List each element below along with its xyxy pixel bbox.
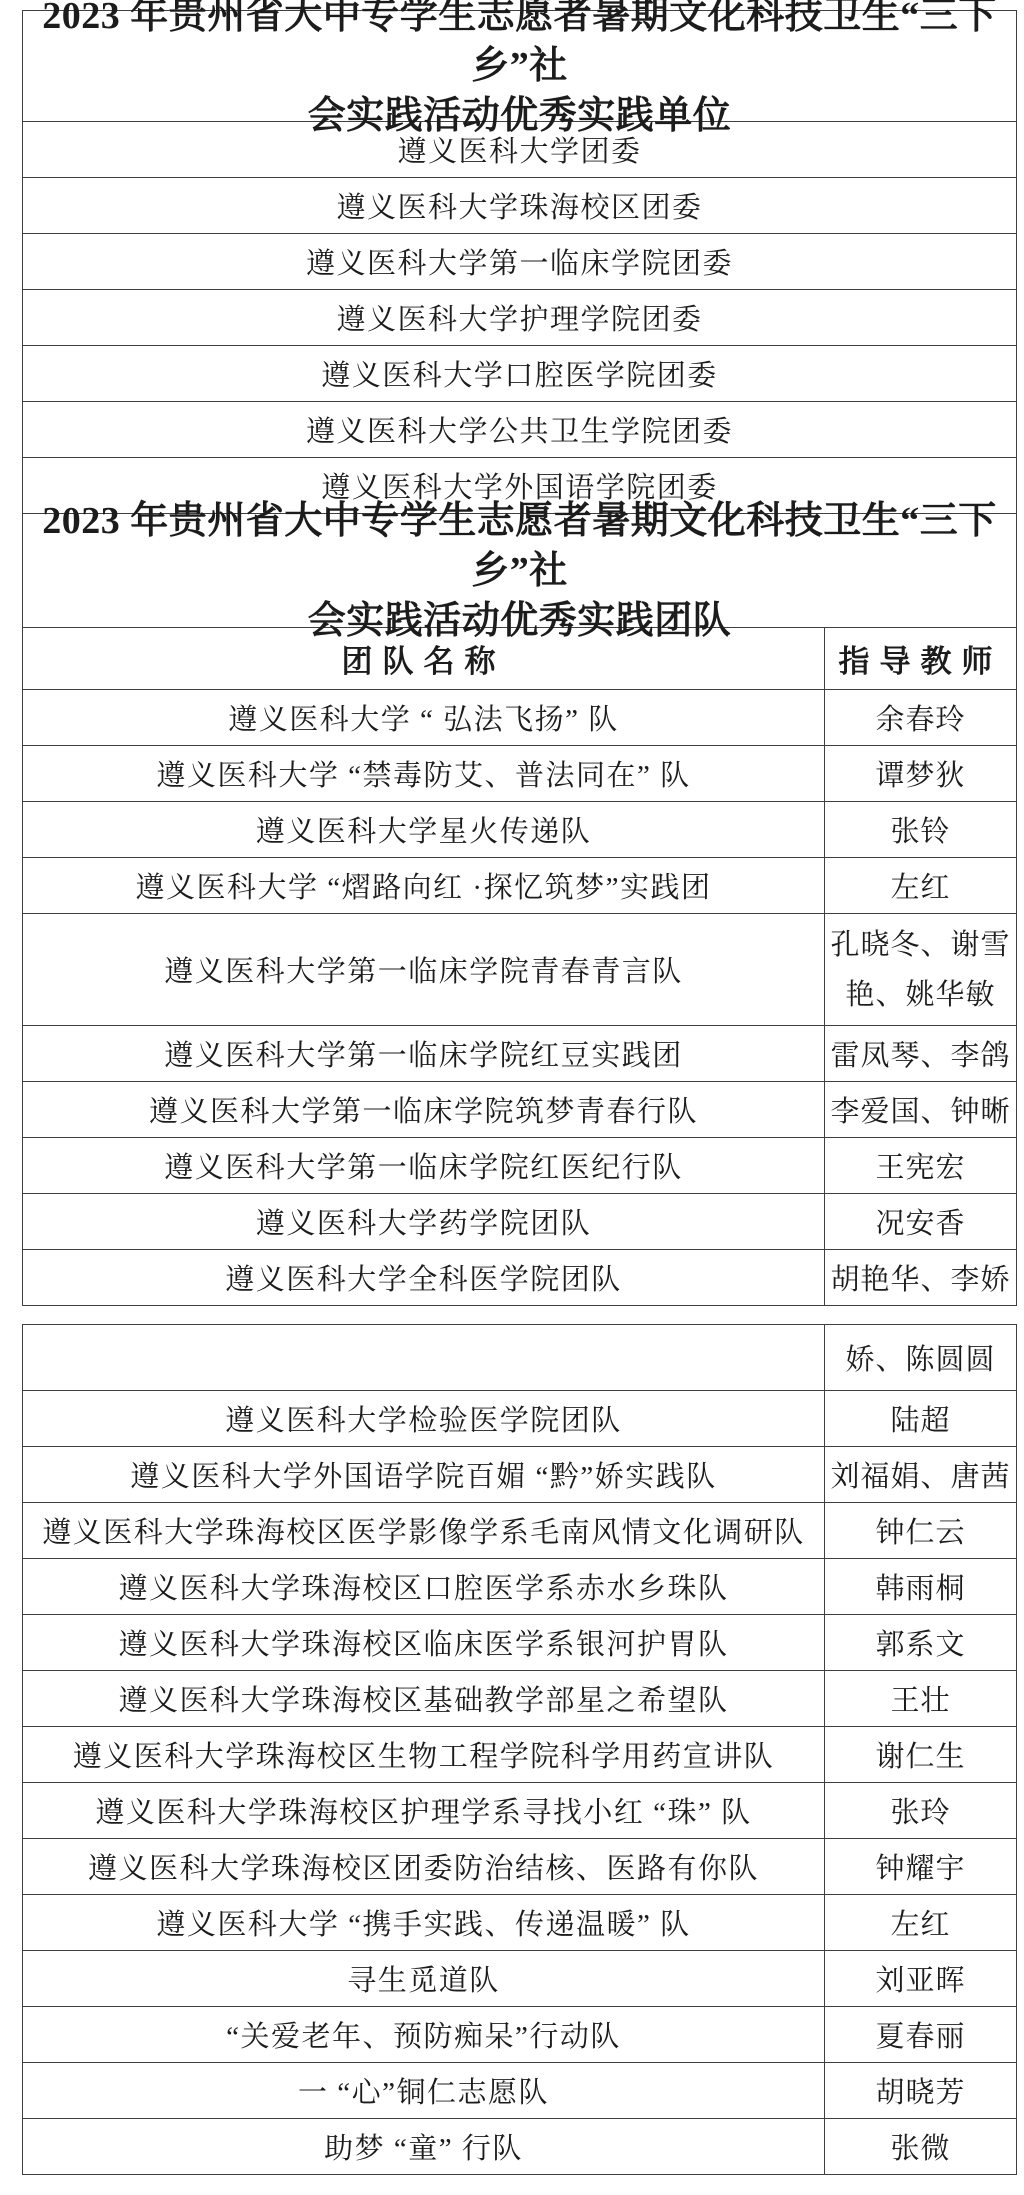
- team-row: 遵义医科大学珠海校区生物工程学院科学用药宣讲队 谢仁生: [23, 1726, 1016, 1782]
- teacher-name: 王宪宏: [824, 1138, 1016, 1193]
- team-name: 一 “心”铜仁志愿队: [23, 2063, 824, 2118]
- awards-table-page1: 2023 年贵州省大中专学生志愿者暑期文化科技卫生“三下乡”社 会实践活动优秀实…: [22, 10, 1017, 1306]
- team-name: 遵义医科大学外国语学院百媚 “黔”娇实践队: [23, 1447, 824, 1502]
- teacher-name: 雷凤琴、李鸽: [824, 1026, 1016, 1081]
- teacher-name: 刘福娟、唐茜: [824, 1447, 1016, 1502]
- teams-header-row: 团队名称 指导教师: [23, 627, 1016, 689]
- team-row: 遵义医科大学星火传递队 张铃: [23, 801, 1016, 857]
- teacher-name: 张铃: [824, 802, 1016, 857]
- team-name: 遵义医科大学珠海校区团委防治结核、医路有你队: [23, 1839, 824, 1894]
- team-row: 遵义医科大学 “携手实践、传递温暖” 队 左红: [23, 1894, 1016, 1950]
- team-name: 助梦 “童” 行队: [23, 2119, 824, 2174]
- team-name: 遵义医科大学珠海校区基础教学部星之希望队: [23, 1671, 824, 1726]
- teacher-name: 郭系文: [824, 1615, 1016, 1670]
- header-teacher: 指导教师: [824, 628, 1016, 689]
- team-row: “关爱老年、预防痴呆”行动队 夏春丽: [23, 2006, 1016, 2062]
- header-team-name: 团队名称: [23, 628, 824, 689]
- unit-row: 遵义医科大学护理学院团委: [23, 289, 1016, 345]
- teacher-name: 王壮: [824, 1671, 1016, 1726]
- teams-title-line1: 2023 年贵州省大中专学生志愿者暑期文化科技卫生“三下乡”社: [23, 496, 1016, 596]
- team-row: 遵义医科大学 “ 弘法飞扬” 队 余春玲: [23, 689, 1016, 745]
- units-title-line1: 2023 年贵州省大中专学生志愿者暑期文化科技卫生“三下乡”社: [23, 0, 1016, 91]
- team-name: 遵义医科大学 “ 弘法飞扬” 队: [23, 690, 824, 745]
- teams-title: 2023 年贵州省大中专学生志愿者暑期文化科技卫生“三下乡”社 会实践活动优秀实…: [23, 514, 1016, 627]
- team-row: 遵义医科大学全科医学院团队 胡艳华、李娇: [23, 1249, 1016, 1305]
- team-row: 遵义医科大学第一临床学院筑梦青春行队 李爱国、钟晰: [23, 1081, 1016, 1137]
- team-name: 遵义医科大学珠海校区医学影像学系毛南风情文化调研队: [23, 1503, 824, 1558]
- teacher-name: 谢仁生: [824, 1727, 1016, 1782]
- team-name: 遵义医科大学星火传递队: [23, 802, 824, 857]
- team-name: 遵义医科大学珠海校区临床医学系银河护胃队: [23, 1615, 824, 1670]
- team-row: 一 “心”铜仁志愿队 胡晓芳: [23, 2062, 1016, 2118]
- team-row: 助梦 “童” 行队 张微: [23, 2118, 1016, 2174]
- team-name: 遵义医科大学第一临床学院红豆实践团: [23, 1026, 824, 1081]
- team-row: 遵义医科大学检验医学院团队 陆超: [23, 1390, 1016, 1446]
- teacher-name: 韩雨桐: [824, 1559, 1016, 1614]
- award-document: 2023 年贵州省大中专学生志愿者暑期文化科技卫生“三下乡”社 会实践活动优秀实…: [22, 10, 1017, 2175]
- team-name: 寻生觅道队: [23, 1951, 824, 2006]
- teacher-name: 胡晓芳: [824, 2063, 1016, 2118]
- teacher-name: 李爱国、钟晰: [824, 1082, 1016, 1137]
- team-name: 遵义医科大学全科医学院团队: [23, 1250, 824, 1305]
- teacher-name: 张玲: [824, 1783, 1016, 1838]
- team-name: 遵义医科大学 “禁毒防艾、普法同在” 队: [23, 746, 824, 801]
- team-row: 遵义医科大学珠海校区医学影像学系毛南风情文化调研队 钟仁云: [23, 1502, 1016, 1558]
- teacher-name: 张微: [824, 2119, 1016, 2174]
- awards-table-page2: 娇、陈圆圆 遵义医科大学检验医学院团队 陆超 遵义医科大学外国语学院百媚 “黔”…: [22, 1324, 1017, 2175]
- teams-title-row: 2023 年贵州省大中专学生志愿者暑期文化科技卫生“三下乡”社 会实践活动优秀实…: [23, 513, 1016, 627]
- team-row: 遵义医科大学珠海校区临床医学系银河护胃队 郭系文: [23, 1614, 1016, 1670]
- team-row: 遵义医科大学珠海校区护理学系寻找小红 “珠” 队 张玲: [23, 1782, 1016, 1838]
- team-row: 娇、陈圆圆: [23, 1325, 1016, 1390]
- unit-row: 遵义医科大学第一临床学院团委: [23, 233, 1016, 289]
- teacher-name: 余春玲: [824, 690, 1016, 745]
- team-name: [23, 1325, 824, 1390]
- teacher-name: 娇、陈圆圆: [824, 1325, 1016, 1390]
- team-row: 遵义医科大学第一临床学院红医纪行队 王宪宏: [23, 1137, 1016, 1193]
- unit-row: 遵义医科大学珠海校区团委: [23, 177, 1016, 233]
- unit-name: 遵义医科大学口腔医学院团委: [23, 346, 1016, 401]
- teacher-name: 孔晓冬、谢雪艳、姚华敏: [824, 914, 1016, 1025]
- team-name: 遵义医科大学 “携手实践、传递温暖” 队: [23, 1895, 824, 1950]
- unit-row: 遵义医科大学公共卫生学院团委: [23, 401, 1016, 457]
- teacher-name: 刘亚晖: [824, 1951, 1016, 2006]
- teacher-name: 夏春丽: [824, 2007, 1016, 2062]
- team-name: 遵义医科大学珠海校区护理学系寻找小红 “珠” 队: [23, 1783, 824, 1838]
- team-row: 遵义医科大学珠海校区口腔医学系赤水乡珠队 韩雨桐: [23, 1558, 1016, 1614]
- team-row: 遵义医科大学珠海校区基础教学部星之希望队 王壮: [23, 1670, 1016, 1726]
- unit-row: 遵义医科大学团委: [23, 121, 1016, 177]
- units-title-row: 2023 年贵州省大中专学生志愿者暑期文化科技卫生“三下乡”社 会实践活动优秀实…: [23, 11, 1016, 121]
- team-name: 遵义医科大学药学院团队: [23, 1194, 824, 1249]
- team-name: “关爱老年、预防痴呆”行动队: [23, 2007, 824, 2062]
- team-row: 遵义医科大学 “熠路向红 ·探忆筑梦”实践团 左红: [23, 857, 1016, 913]
- team-name: 遵义医科大学珠海校区生物工程学院科学用药宣讲队: [23, 1727, 824, 1782]
- team-name: 遵义医科大学第一临床学院红医纪行队: [23, 1138, 824, 1193]
- team-row: 遵义医科大学药学院团队 况安香: [23, 1193, 1016, 1249]
- team-row: 遵义医科大学 “禁毒防艾、普法同在” 队 谭梦狄: [23, 745, 1016, 801]
- team-row: 遵义医科大学外国语学院百媚 “黔”娇实践队 刘福娟、唐茜: [23, 1446, 1016, 1502]
- team-name: 遵义医科大学第一临床学院青春青言队: [23, 914, 824, 1025]
- units-title: 2023 年贵州省大中专学生志愿者暑期文化科技卫生“三下乡”社 会实践活动优秀实…: [23, 11, 1016, 121]
- teacher-name: 钟仁云: [824, 1503, 1016, 1558]
- team-name: 遵义医科大学第一临床学院筑梦青春行队: [23, 1082, 824, 1137]
- teacher-name: 钟耀宇: [824, 1839, 1016, 1894]
- team-name: 遵义医科大学珠海校区口腔医学系赤水乡珠队: [23, 1559, 824, 1614]
- teacher-name: 陆超: [824, 1391, 1016, 1446]
- team-name: 遵义医科大学检验医学院团队: [23, 1391, 824, 1446]
- unit-name: 遵义医科大学珠海校区团委: [23, 178, 1016, 233]
- teacher-name: 胡艳华、李娇: [824, 1250, 1016, 1305]
- teacher-name: 谭梦狄: [824, 746, 1016, 801]
- team-row: 遵义医科大学第一临床学院红豆实践团 雷凤琴、李鸽: [23, 1025, 1016, 1081]
- teacher-name: 左红: [824, 858, 1016, 913]
- unit-row: 遵义医科大学口腔医学院团委: [23, 345, 1016, 401]
- unit-name: 遵义医科大学团委: [23, 122, 1016, 177]
- unit-name: 遵义医科大学公共卫生学院团委: [23, 402, 1016, 457]
- unit-name: 遵义医科大学第一临床学院团委: [23, 234, 1016, 289]
- teacher-name: 左红: [824, 1895, 1016, 1950]
- team-row: 遵义医科大学第一临床学院青春青言队 孔晓冬、谢雪艳、姚华敏: [23, 913, 1016, 1025]
- team-name: 遵义医科大学 “熠路向红 ·探忆筑梦”实践团: [23, 858, 824, 913]
- team-row: 寻生觅道队 刘亚晖: [23, 1950, 1016, 2006]
- unit-name: 遵义医科大学护理学院团委: [23, 290, 1016, 345]
- team-row: 遵义医科大学珠海校区团委防治结核、医路有你队 钟耀宇: [23, 1838, 1016, 1894]
- teacher-name: 况安香: [824, 1194, 1016, 1249]
